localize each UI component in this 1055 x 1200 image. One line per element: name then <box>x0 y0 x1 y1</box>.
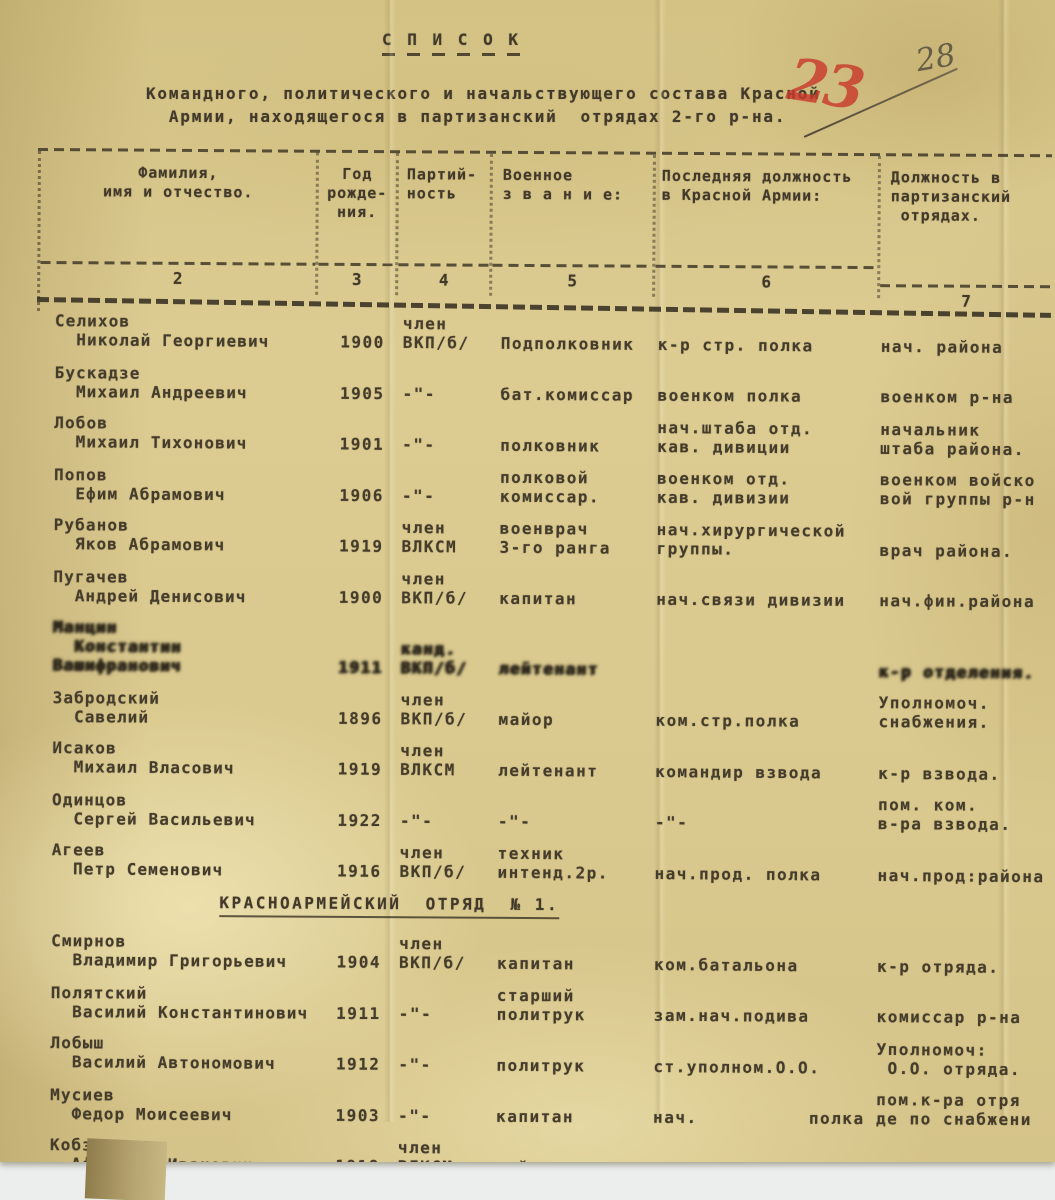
cell-rank: капитан <box>485 954 648 974</box>
cell-party: член ВКП/б/ <box>391 934 485 973</box>
cell-party: -"- <box>390 1055 484 1075</box>
cell-year: 1905 <box>314 384 394 403</box>
cell-year: 1906 <box>314 486 394 505</box>
underlying-page-edge <box>85 1138 168 1200</box>
cell-party: -"- <box>391 1004 485 1024</box>
cell-rank: старший политрук <box>485 986 648 1025</box>
cell-rank: Подполковник <box>489 334 652 354</box>
column-number: 6 <box>655 268 877 298</box>
column-party: Партий- ность 4 <box>398 153 493 296</box>
cell-last-position: военком полка <box>651 386 876 406</box>
cell-year: 1911 <box>311 1004 391 1023</box>
cell-last-position: нач.штаба отд. кав. дивиции <box>651 418 876 458</box>
table-row: Исаков Михаил Власович1919член ВЛКСМлейт… <box>34 738 1048 784</box>
cell-partisan-position: военком р-на <box>876 387 1048 407</box>
cell-last-position <box>650 679 875 681</box>
cell-rank: лейтенант <box>487 659 650 679</box>
column-header-label: Год рожде- ния. <box>318 153 396 263</box>
cell-partisan-position: к-р отряда. <box>873 957 1045 977</box>
table-row: Полятский Василий Константинович1911-"-с… <box>33 983 1047 1027</box>
document-subtitle: Командного, политического и начальствующ… <box>146 82 1055 128</box>
cell-year: 1903 <box>310 1106 390 1125</box>
document-title: С П И С О К <box>382 30 521 56</box>
table-row: Пугачев Андрей Денисович1900член ВКП/б/к… <box>35 567 1049 611</box>
column-header-label: Военное з в а н и е: <box>492 154 653 265</box>
table-row: Попов Ефим Абрамович1906-"-полковой коми… <box>36 465 1050 509</box>
cell-party: канд. ВКП/б/ <box>393 639 487 678</box>
cell-last-position: к-р стр. полка <box>652 335 877 356</box>
table-row: Забродский Савелий1896член ВКП/б/майорко… <box>34 688 1048 732</box>
cell-partisan-position: военком войско вой группы р-н <box>876 470 1048 509</box>
cell-rank: капитан <box>484 1107 647 1127</box>
pencil-page-number: 28 <box>913 37 958 79</box>
cell-last-position: командир взвода <box>649 762 874 783</box>
table-row: Одинцов Сергей Васильевич1922-"--"--"-по… <box>34 790 1048 834</box>
cell-party: член ВКП/б/ <box>392 690 486 729</box>
cell-party: -"- <box>394 435 488 455</box>
cell-rank: полковой комиссар. <box>488 468 651 507</box>
cell-rank: лейтенант <box>484 1158 647 1162</box>
cell-year: 1919 <box>312 759 392 779</box>
cell-last-position: нач.хирургической группы. <box>650 520 875 560</box>
cell-party: член ВКП/б/ <box>391 843 485 882</box>
table-row: Бускадзе Михаил Андреевич1905-"-бат.коми… <box>36 363 1050 407</box>
cell-last-position: зам.нач.подива <box>648 1006 873 1026</box>
cell-partisan-position: к-р взвода. <box>874 764 1046 784</box>
cell-party: член ВКП/б/ <box>395 314 489 353</box>
cell-year: 1901 <box>314 434 394 454</box>
cell-partisan-position: к-р отделения. <box>875 662 1047 682</box>
personnel-table: Фамилия, имя и отчество. 2 Год рожде- ни… <box>32 148 1052 1162</box>
book-binding <box>0 0 106 1200</box>
cell-party: член ВЛКСМ <box>392 741 486 780</box>
cell-rank: военврач 3-го ранга <box>487 519 650 558</box>
cell-last-position: ком.батальона <box>648 955 873 976</box>
cell-rank: бат.комиссар <box>488 385 651 405</box>
column-last-position: Последняя должность в Красной Армии: 6 <box>655 155 881 298</box>
cell-last-position: нач.связи дивизии <box>650 590 875 610</box>
cell-year: 1916 <box>311 861 391 881</box>
cell-last-position: ком.стр.полка <box>649 711 874 731</box>
cell-party: -"- <box>392 811 486 831</box>
cell-party: член ВЛКСМ <box>390 1138 484 1162</box>
table-row: Агеев Петр Семенович1916член ВКП/б/техни… <box>34 840 1048 886</box>
cell-year: 1900 <box>313 588 393 607</box>
cell-partisan-position: врач района. <box>875 541 1047 561</box>
cell-party: член ВКП/б/ <box>393 569 487 608</box>
cell-partisan-position: Уполномоч. снабжения. <box>874 693 1046 732</box>
cell-rank: политрук <box>484 1056 647 1076</box>
cell-year: 1922 <box>312 811 392 830</box>
cell-partisan-position: комиссар р-на <box>873 1007 1045 1027</box>
column-number: 3 <box>318 266 395 295</box>
cell-last-position: нач.прод. полка <box>648 864 873 885</box>
cell-party: -"- <box>390 1106 484 1126</box>
table-body: Селихов Николай Георгиевич1900член ВКП/б… <box>32 312 1051 1162</box>
table-row: Лобов Михаил Тихонович1901-"-полковникна… <box>36 413 1050 459</box>
cell-last-position: -"- <box>649 813 874 833</box>
cell-rank: -"- <box>486 812 649 832</box>
cell-year: 1900 <box>315 332 395 352</box>
table-row: Манцин Константин Вашифранович1911канд. … <box>35 617 1049 682</box>
cell-partisan-position: пом.к-ра отря де по снабжени <box>872 1090 1044 1129</box>
cell-party: член ВЛКСМ <box>393 518 487 557</box>
column-header-label: Партий- ность <box>398 153 490 264</box>
cell-year: 1904 <box>311 952 391 972</box>
column-military-rank: Военное з в а н и е: 5 <box>492 154 656 297</box>
table-row: Кобзев Афанасий Иванович1918член ВЛКСМле… <box>32 1135 1046 1162</box>
cell-rank: полковник <box>488 436 651 456</box>
cell-rank: лейтенант <box>486 761 649 781</box>
cell-party: -"- <box>394 486 488 506</box>
cell-year: 1911 <box>313 657 393 677</box>
table-row: Селихов Николай Георгиевич1900член ВКП/б… <box>37 311 1051 357</box>
table-row: Мусиев Федор Моисеевич1903-"-капитаннач.… <box>32 1085 1046 1129</box>
section-header-label: КРАСНОАРМЕЙСКИЙ ОТРЯД № 1. <box>219 893 559 919</box>
cell-last-position: ком. пул. роты <box>647 1159 872 1162</box>
cell-year: 1896 <box>312 709 392 728</box>
table-row: Смирнов Владимир Григорьевич1904член ВКП… <box>33 931 1047 977</box>
cell-rank: техник интенд.2р. <box>485 844 648 883</box>
column-birth-year: Год рожде- ния. 3 <box>318 153 399 295</box>
cell-party: -"- <box>394 384 488 404</box>
red-page-number: 23 <box>783 45 865 124</box>
cell-year: 1919 <box>313 536 393 556</box>
cell-rank: капитан <box>487 589 650 609</box>
cell-last-position: ст.уполном.О.О. <box>647 1057 872 1078</box>
cell-partisan-position: пом. ком. в-ра взвода. <box>874 795 1046 834</box>
table-header: Фамилия, имя и отчество. 2 Год рожде- ни… <box>37 151 1052 317</box>
cell-partisan-position: нач. района <box>877 337 1049 357</box>
cell-rank: майор <box>486 710 649 730</box>
column-header-label: Должность в партизанский отрядах. <box>880 156 1053 285</box>
cell-year: 1918 <box>310 1156 390 1162</box>
cell-partisan-position: Уполномоч: О.О. отряда. <box>872 1040 1044 1079</box>
cell-partisan-position: начальник штаба района. <box>876 420 1048 459</box>
table-row: Рубанов Яков Абрамович1919член ВЛКСМвоен… <box>35 515 1049 561</box>
cell-partisan-position: нач.штаба отр. <box>872 1161 1044 1162</box>
document-page: С П И С О К Командного, политического и … <box>0 0 1055 1162</box>
section-header: КРАСНОАРМЕЙСКИЙ ОТРЯД № 1. <box>219 893 1047 922</box>
column-partisan-position: Должность в партизанский отрядах. 7 <box>880 156 1053 317</box>
cell-partisan-position: нач.прод:района <box>873 866 1045 886</box>
column-number: 4 <box>398 266 489 296</box>
cell-partisan-position: нач.фин.района <box>875 591 1047 611</box>
cell-year: 1912 <box>310 1054 390 1074</box>
cell-last-position: нач. полка <box>647 1108 872 1128</box>
column-number: 5 <box>492 267 652 297</box>
table-row: Лобыш Василий Автономович1912-"-политрук… <box>32 1033 1046 1079</box>
column-header-label: Последняя должность в Красной Армии: <box>655 155 878 266</box>
cell-last-position: военком отд. кав. дивизии <box>651 469 876 508</box>
